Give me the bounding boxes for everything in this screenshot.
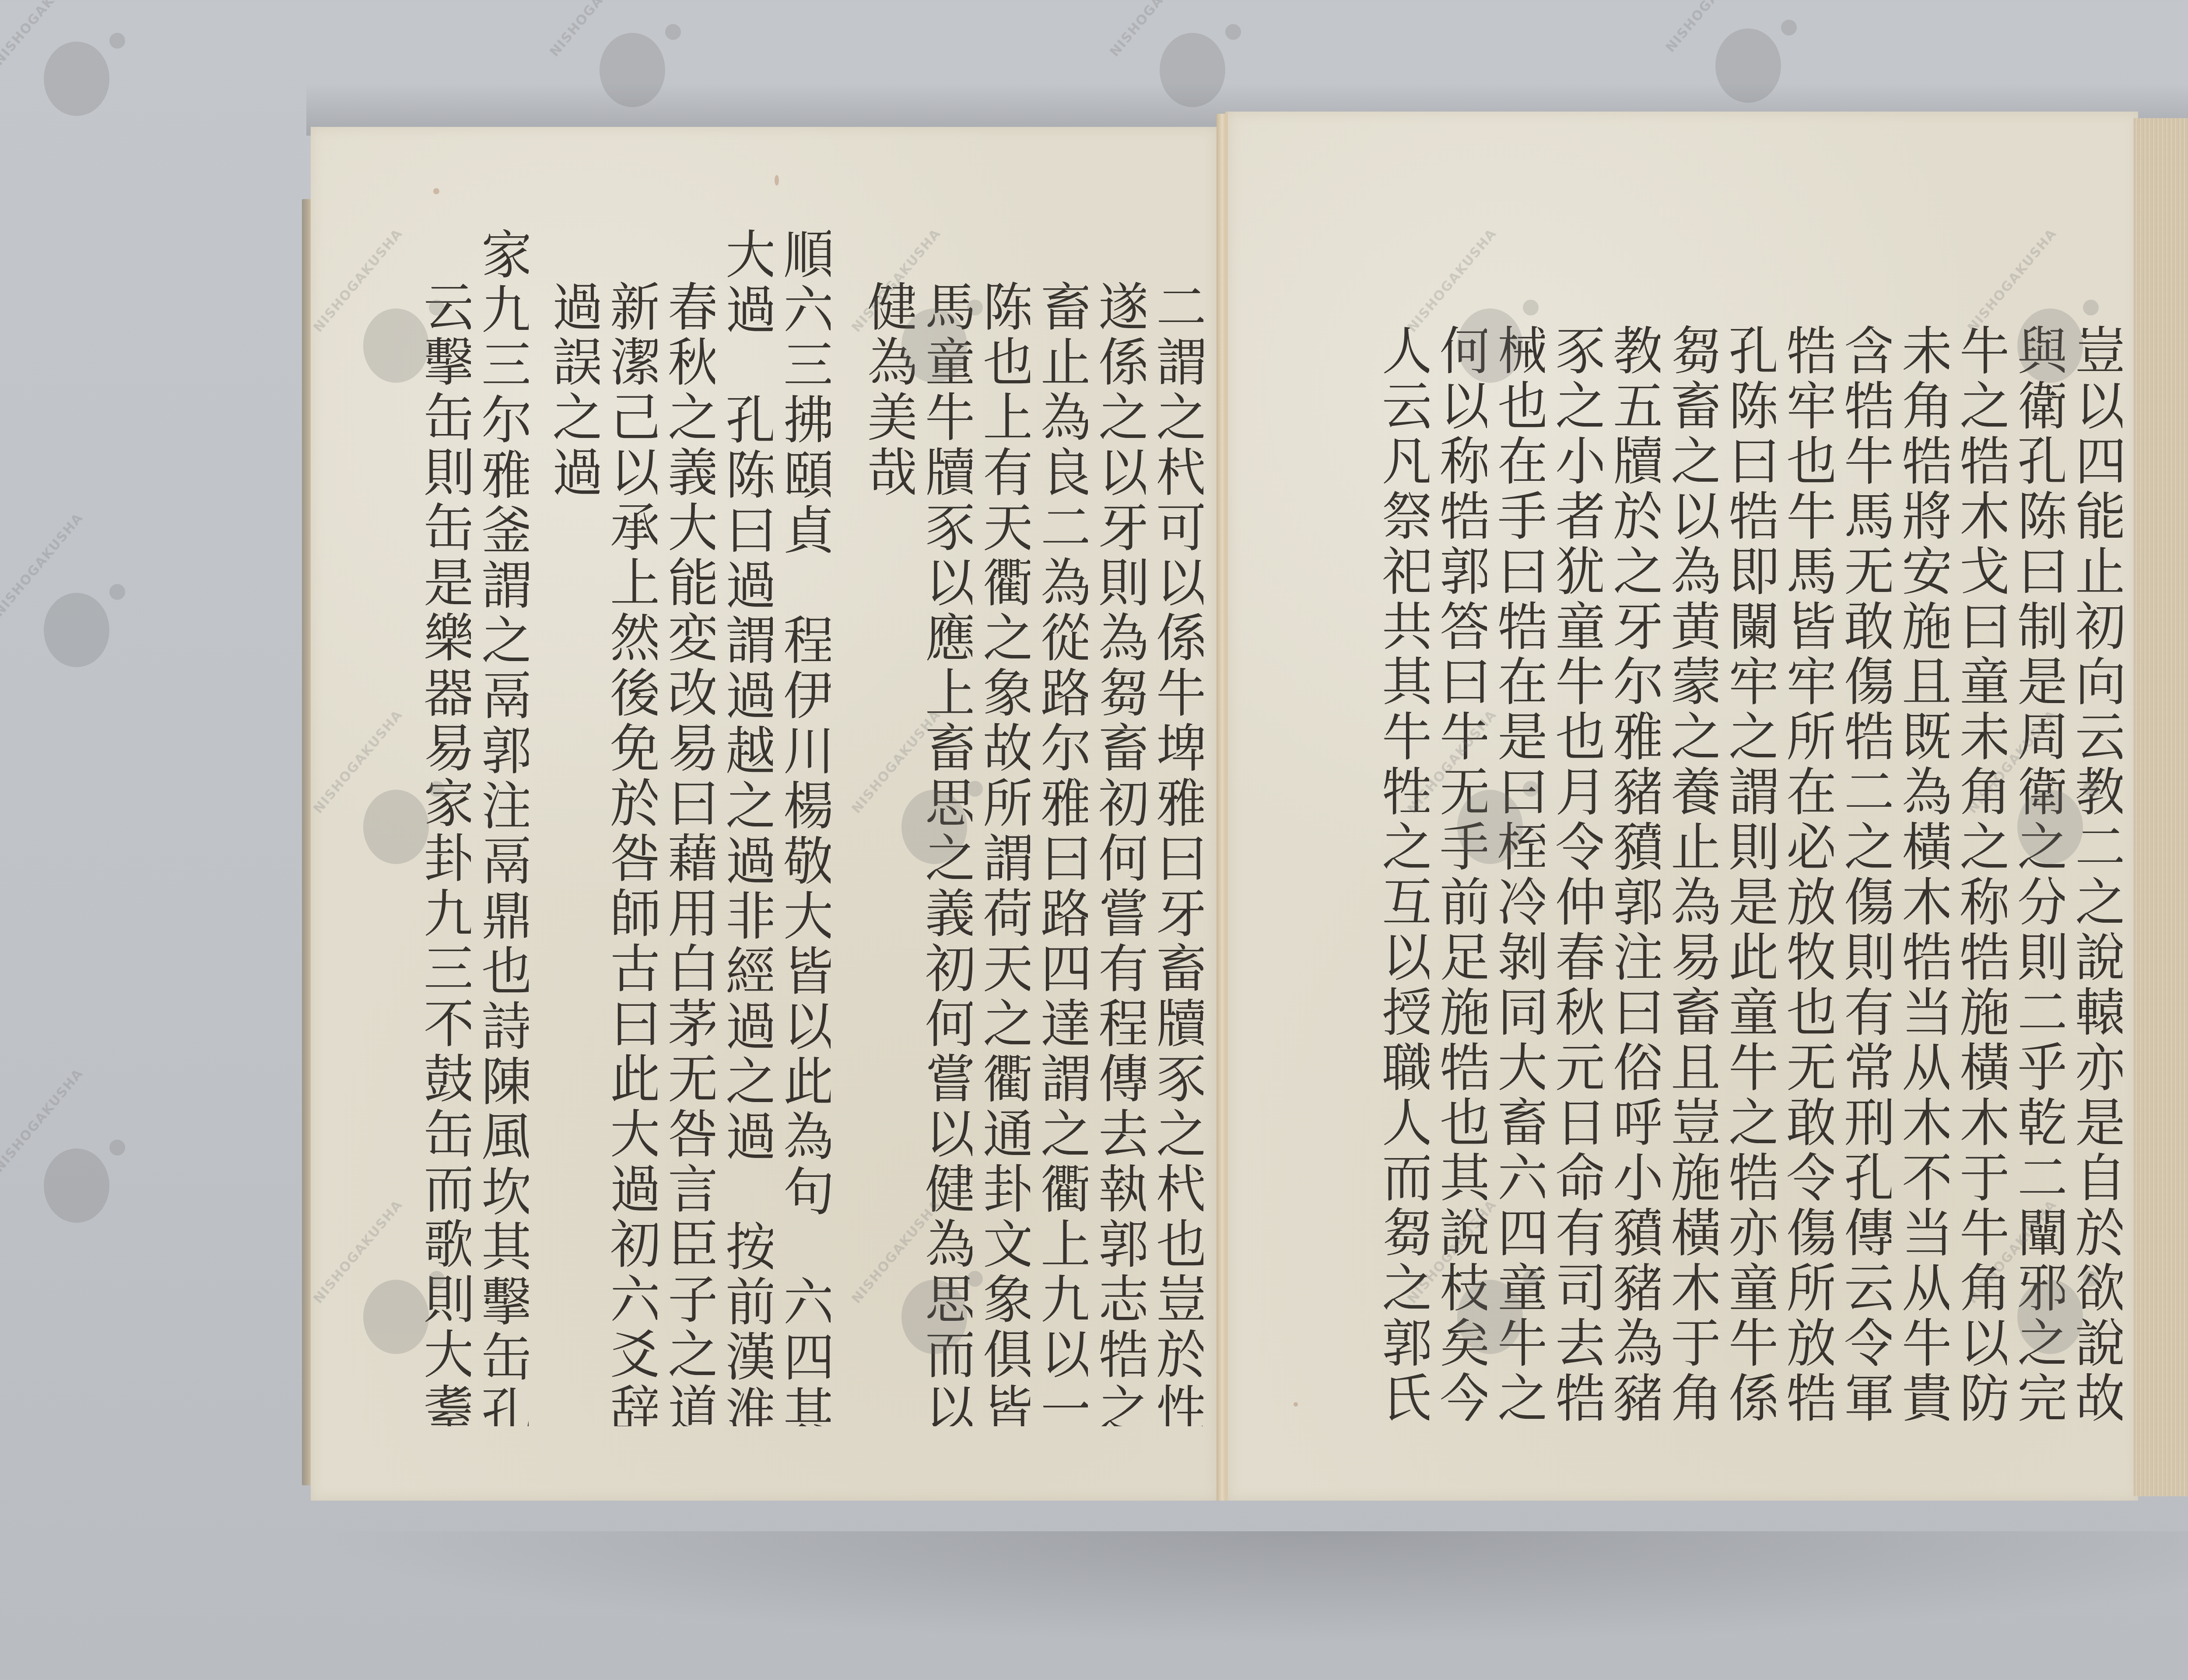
text-column: 豈以四能止初向云教二之說轅亦是自於欲說故无七三闡 — [2065, 324, 2122, 1426]
heading-column: 家九三尔雅釜謂之鬲郭注鬲鼎也詩陳風坎其擊缶孔陈云此 — [471, 227, 529, 1426]
text-column: 過誤之過 — [542, 280, 600, 1426]
open-book: 豈以四能止初向云教二之說轅亦是自於欲說故无七三闡 與衛孔陈曰制是周衛之分則二乎乾… — [0, 0, 2188, 1680]
heading-column: 大過 孔陈曰過謂過越之過非經過之過 按前漢淮陰王傳 — [715, 227, 773, 1426]
text-column: 何以称牿郭答曰牛无手前足施牿也其說枝矣今按周礼牛 — [1429, 324, 1487, 1426]
text-column: 教五牘於之牙尔雅豬豶郭注曰俗呼小豶豬為豬子是豶為 — [1602, 324, 1660, 1426]
foxing-spot — [433, 188, 439, 194]
text-column: 新潔己以承上然後免於咎師古曰此大過初六爻辞則以為 — [600, 280, 657, 1426]
text-column: 馬童牛牘豕以應上畜思之義初何嘗以健為思而以良能止 — [915, 280, 972, 1426]
text-column: 與衛孔陈曰制是周衛之分則二乎乾二闡邪之完同矣四童 — [2007, 324, 2065, 1426]
text-column: 人云凡祭祀共其牛牲之互以授職人而芻之郭氏讀職為械 — [1371, 324, 1429, 1426]
text-column: 芻畜之以為黄蒙之養止為易畜且豈施橫木于角以牿之謂 — [1660, 324, 1718, 1426]
text-column: 陈也上有天衢之象故所謂荷天之衢通卦文象俱皆畜良 — [972, 280, 1030, 1426]
fore-edge-pages — [2133, 118, 2188, 1496]
text-column: 含牿牛馬无敢傷牿二之傷則有常刑孔傳云令軍人惟放舍 — [1834, 324, 1891, 1426]
text-column: 畜止為良二為從路尔雅曰路四達謂之衢上九以一陽居 — [1030, 280, 1088, 1426]
text-column: 械也在手曰牿在是曰桎冷剝同大畜六四童牛之牿牛四足 — [1487, 324, 1545, 1426]
nishogakusha-watermark-icon: NISHOGAKUSHA — [26, 24, 123, 125]
text-column: 遂係之以牙則為芻畜初何嘗有程傳去執郭志牿之謂哉 — [1088, 280, 1146, 1426]
right-page-text: 豈以四能止初向云教二之說轅亦是自於欲說故无七三闡 與衛孔陈曰制是周衛之分則二乎乾… — [1260, 324, 2122, 1426]
left-binding-edge — [302, 199, 312, 1485]
text-column: 孔陈曰牿即闌牢之謂則是此童牛之牿亦童牛係之闌牢而 — [1718, 324, 1776, 1426]
text-column: 牛之牿木戈曰童未角之称牿施橫木于牛角以防其觝大既 — [1949, 324, 2007, 1426]
nishogakusha-watermark-icon: NISHOGAKUSHA — [1698, 11, 1794, 112]
nishogakusha-watermark-icon: NISHOGAKUSHA — [26, 575, 123, 676]
text-column: 云擊缶則缶是樂器易家卦九三不鼓缶而歌則大耋之嗟注云 — [413, 280, 471, 1426]
text-column: 二謂之杙可以係牛埤雅曰牙畜牘豕之杙也豈於性際向言 — [1146, 280, 1203, 1426]
foxing-spot — [775, 175, 779, 185]
heading-column: 順六三拂頤貞 程伊川楊敬大皆以此為句 六四其欲逐逐 — [773, 227, 831, 1426]
nishogakusha-watermark-icon: NISHOGAKUSHA — [582, 15, 678, 116]
nishogakusha-watermark-icon: NISHOGAKUSHA — [1142, 15, 1238, 116]
text-column: 牿牢也牛馬皆牢所在必放牧也无敢令傷所放牿牢之牛馬 — [1776, 324, 1834, 1426]
text-column: 未角牿將安施且既為橫木牿当从木不当从牛貴牿令惟淫 — [1891, 324, 1949, 1426]
text-column: 豕之小者犹童牛也月令仲春秋元日命有司去牿牿郭云今 — [1545, 324, 1602, 1426]
nishogakusha-watermark-icon: NISHOGAKUSHA — [26, 1131, 123, 1232]
text-column: 健為美哉 — [857, 280, 915, 1426]
text-column: 春秋之義大能変改易曰藉用白茅无咎言臣子之道改過自 — [657, 280, 715, 1426]
left-page-text: 二謂之杙可以係牛埤雅曰牙畜牘豕之杙也豈於性際向言 遂係之以牙則為芻畜初何嘗有程傳… — [324, 280, 1203, 1426]
